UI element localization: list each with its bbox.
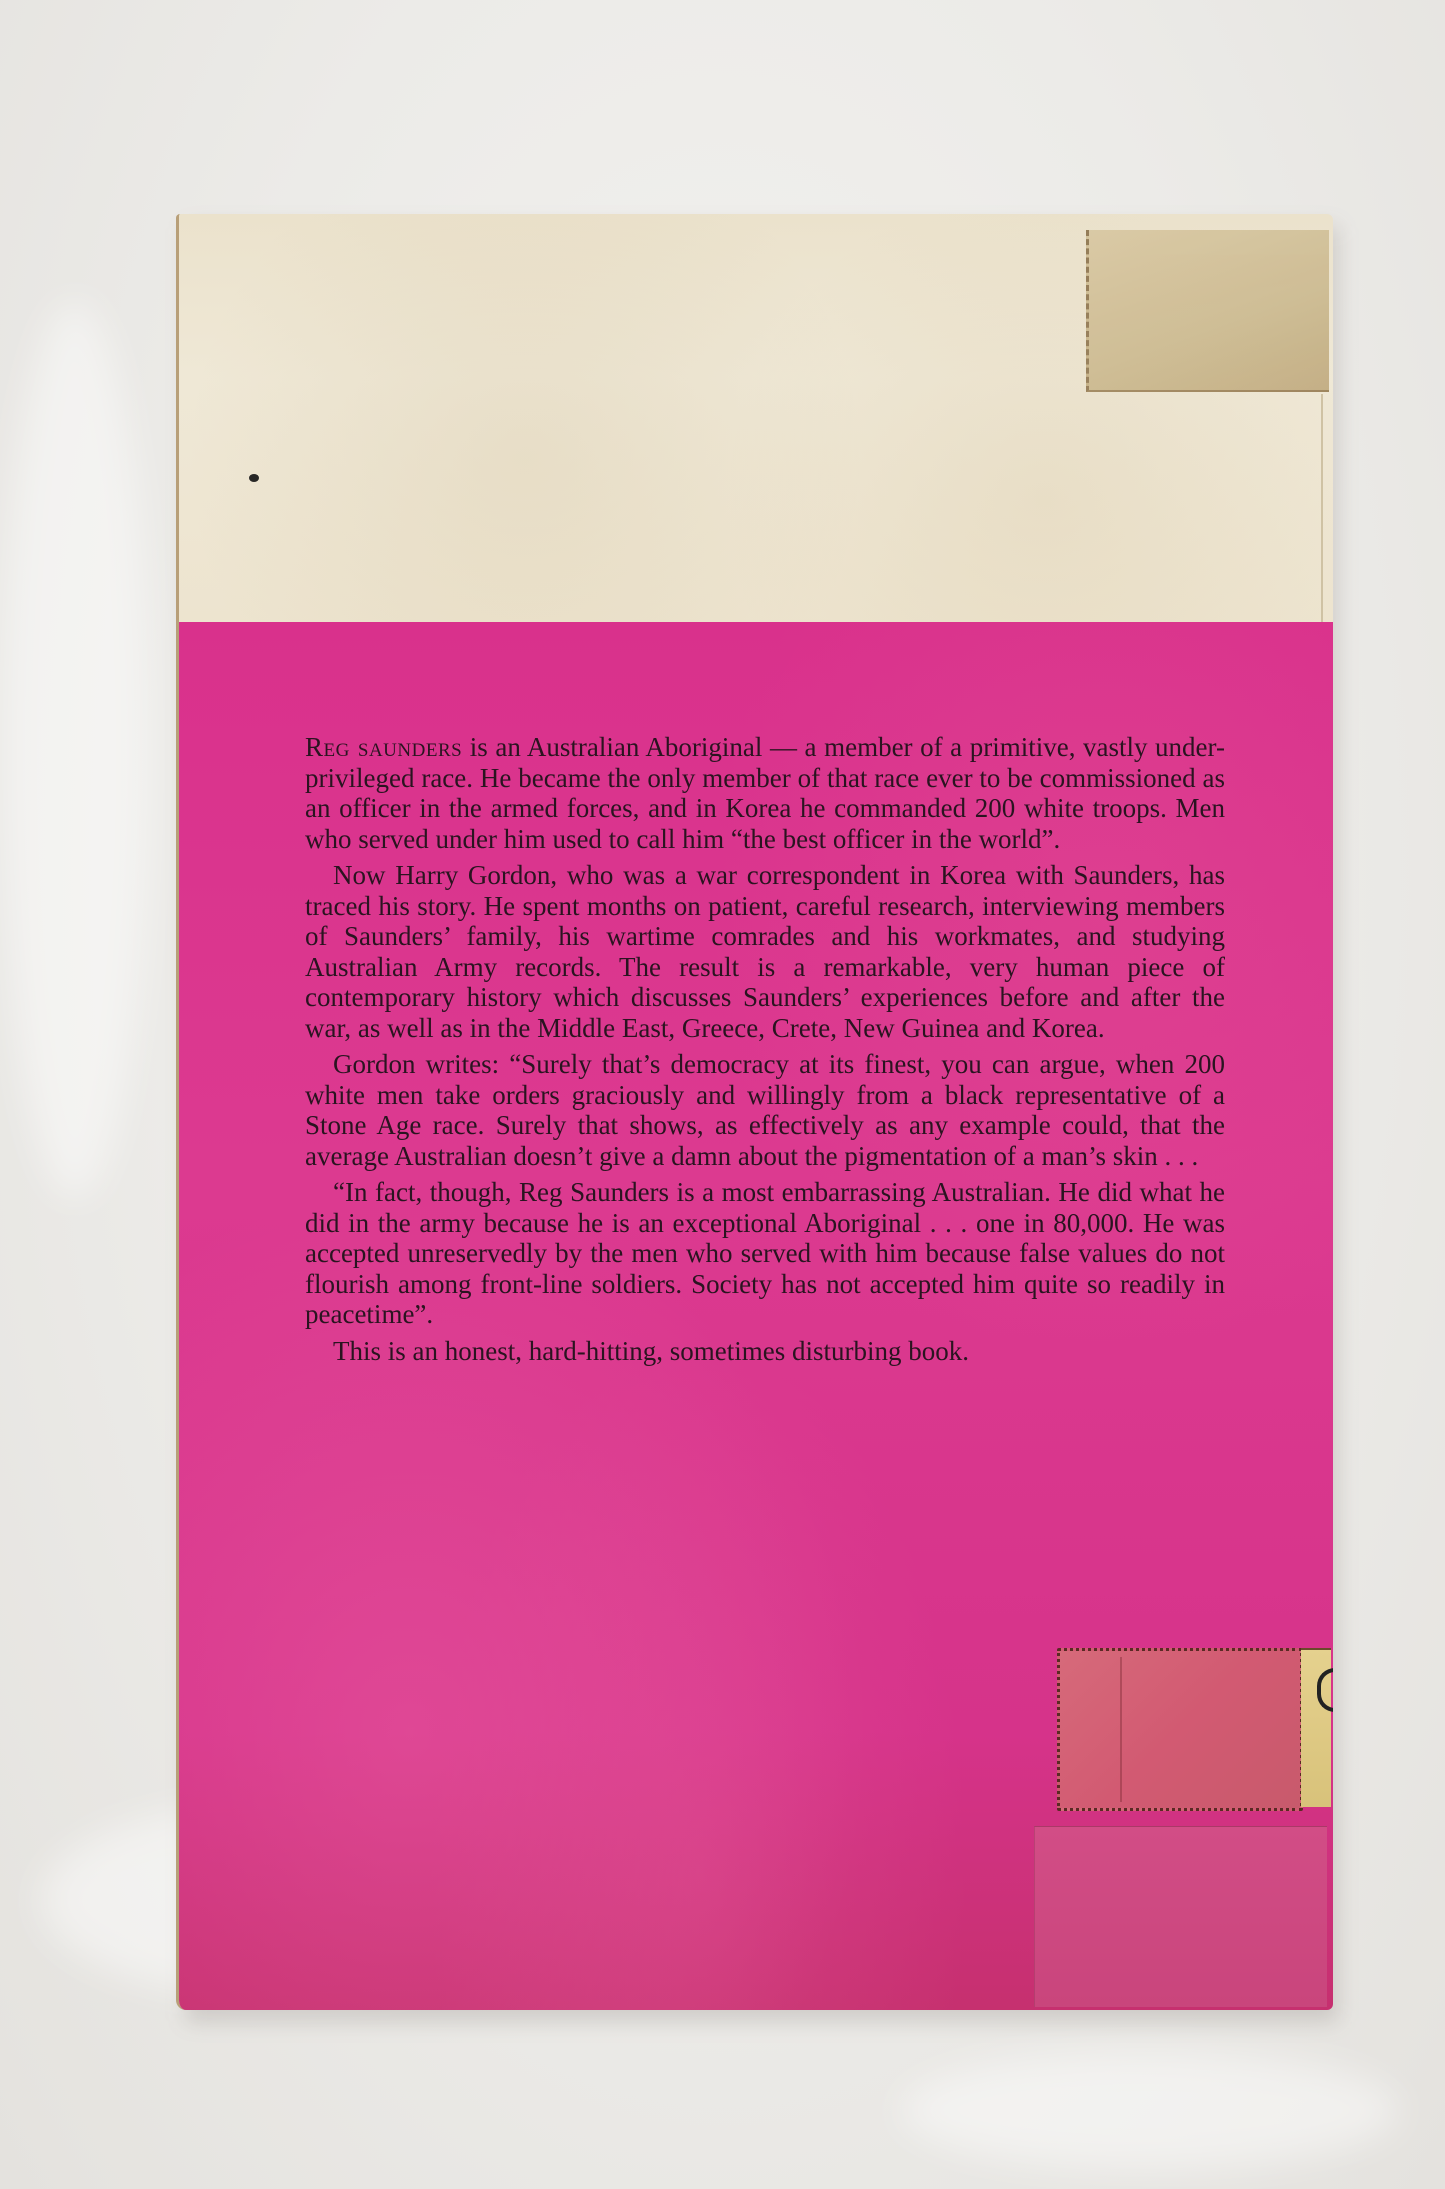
blurb-paragraph: Reg saunders is an Australian Aboriginal… (305, 732, 1225, 854)
letter-c-glyph (1317, 1668, 1333, 1712)
blurb-paragraph: Now Harry Gordon, who was a war correspo… (305, 860, 1225, 1043)
ink-spot (249, 474, 259, 482)
label-tab-sticker (1301, 1648, 1331, 1807)
fabric-fold (0, 300, 150, 1200)
tape-remnant (1086, 230, 1329, 392)
blurb-paragraph: Gordon writes: “Surely that’s democracy … (305, 1049, 1225, 1171)
plain-label-sticker (1034, 1826, 1327, 2007)
cover-edge-line (1321, 394, 1323, 624)
blurb-text: Reg saunders is an Australian Aboriginal… (305, 732, 1225, 1372)
cover-top-cream-band (179, 214, 1333, 622)
blurb-closing-line: This is an honest, hard-hitting, sometim… (305, 1336, 1225, 1367)
book-back-cover: Reg saunders is an Australian Aboriginal… (176, 214, 1333, 2010)
fabric-fold (900, 2050, 1400, 2170)
library-sticker (1057, 1648, 1303, 1811)
blurb-paragraph: “In fact, though, Reg Saunders is a most… (305, 1177, 1225, 1330)
blurb-lead-name: Reg saunders (305, 732, 462, 762)
